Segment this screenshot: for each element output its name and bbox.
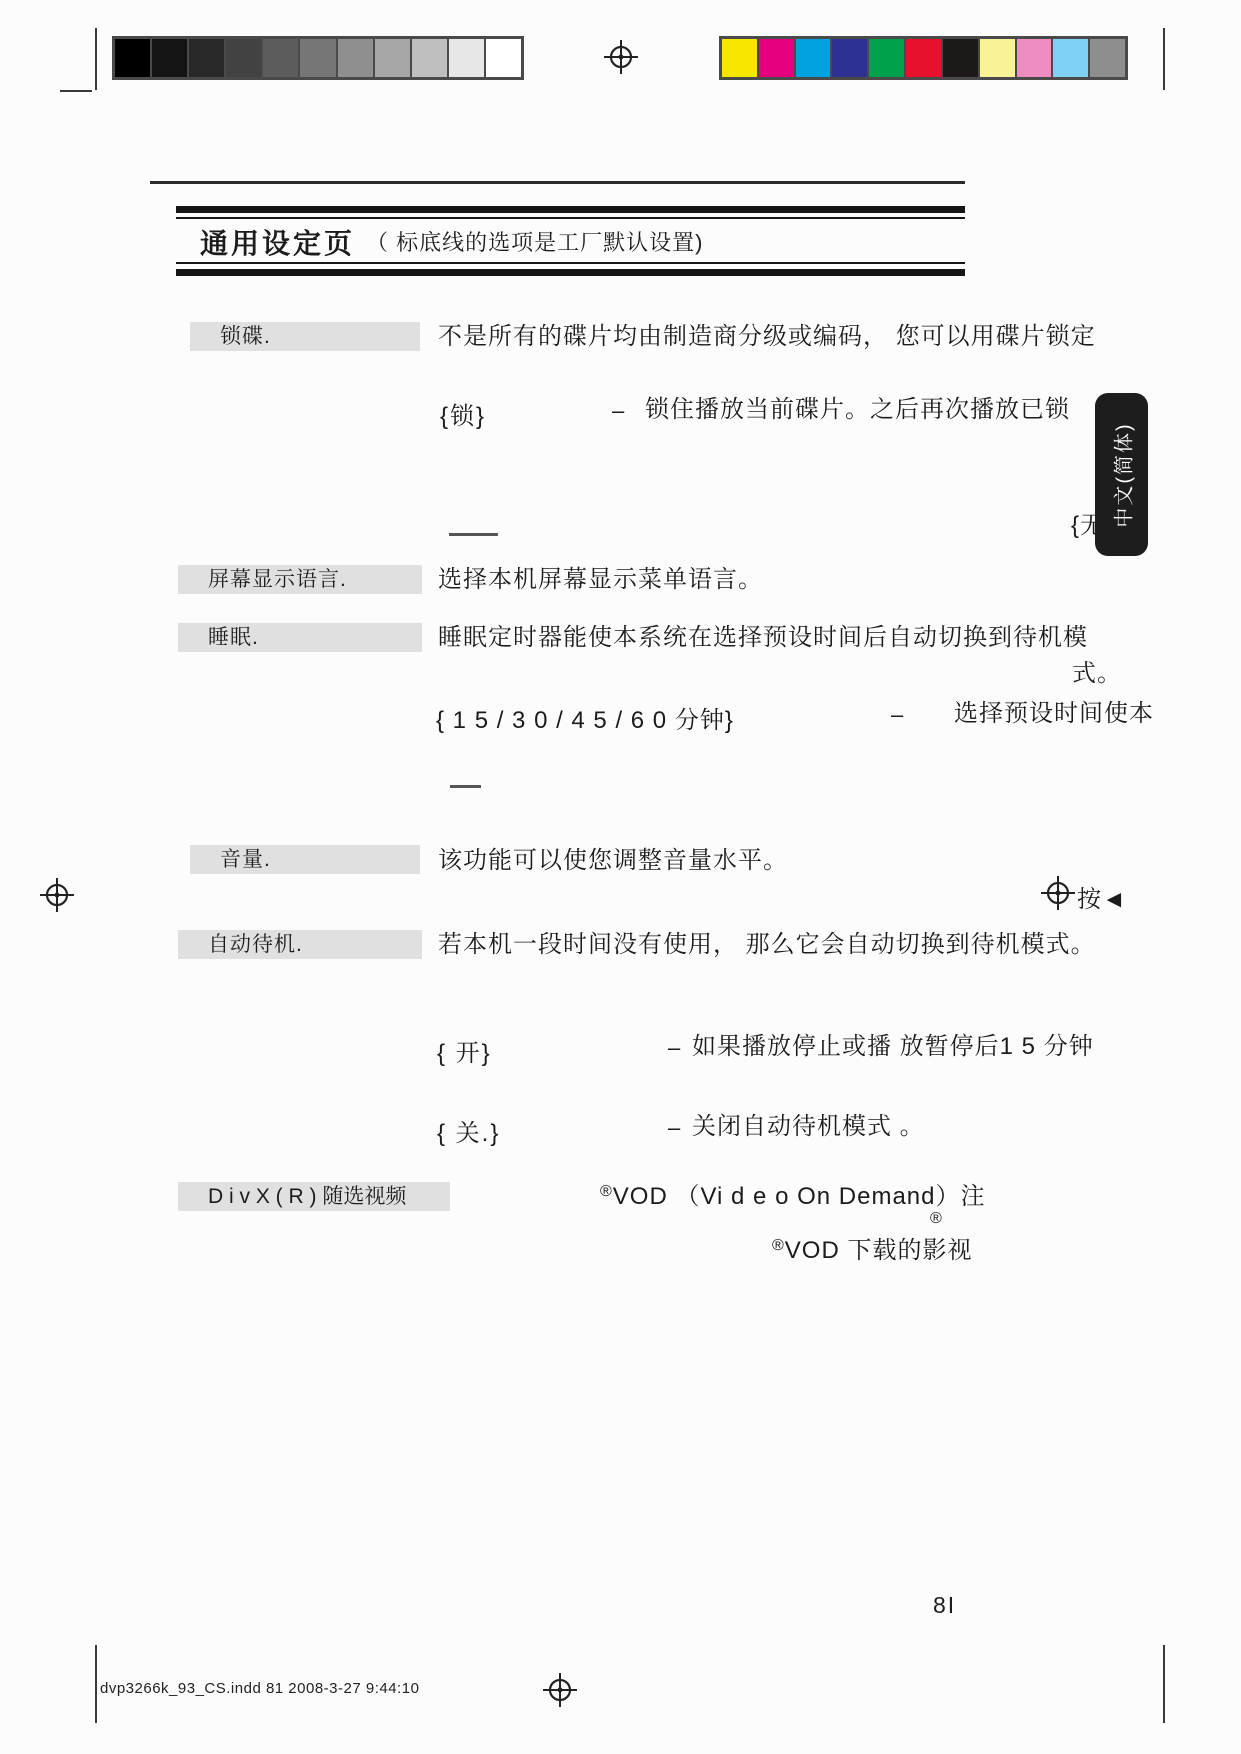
- sleep-description-wrap: 式。: [1072, 660, 1122, 688]
- footer-slug-line: dvp3266k_93_CS.indd 81 2008-3-27 9:44:10: [100, 1680, 419, 1697]
- osd-language-description: 选择本机屏幕显示菜单语言。: [438, 566, 763, 594]
- header-thin-rule-lower: [176, 262, 965, 264]
- option-sleep-times-dash: –: [891, 702, 903, 728]
- option-off-value: { 关.}: [437, 1113, 500, 1148]
- calibration-swatch: [1090, 39, 1125, 77]
- calibration-swatch: [796, 39, 833, 77]
- registered-trademark-symbol-2: ®: [930, 1210, 942, 1228]
- calibration-swatch: [449, 39, 486, 77]
- crop-tick-top-left-horizontal: [60, 90, 92, 92]
- option-sleep-times-description: 选择预设时间使本: [954, 700, 1154, 728]
- volume-description: 该功能可以使您调整音量水平。: [438, 847, 788, 875]
- registration-mark-left: [40, 878, 74, 912]
- option-lock-value: {锁}: [440, 396, 486, 431]
- header-top-rule: [150, 181, 965, 184]
- default-option-underline-fragment: [449, 533, 498, 536]
- sleep-description: 睡眠定时器能使本系统在选择预设时间后自动切换到待机模: [438, 624, 1088, 652]
- calibration-swatch: [869, 39, 906, 77]
- calibration-swatch: [152, 39, 189, 77]
- calibration-swatch: [263, 39, 300, 77]
- registered-trademark-symbol-3: ®: [772, 1237, 785, 1254]
- header-thin-rule-upper: [176, 217, 965, 219]
- lock-disc-description: 不是所有的碟片均由制造商分级或编码， 您可以用碟片锁定: [438, 323, 1096, 351]
- divx-vod-line2-text: VOD 下载的影视: [785, 1237, 973, 1264]
- option-off-description: 关闭自动待机模式 。: [692, 1113, 925, 1141]
- page-number: 8I: [933, 1592, 956, 1619]
- registration-mark-top: [604, 40, 638, 74]
- calibration-swatch: [980, 39, 1017, 77]
- divx-vod-line1-text: VOD （Vi d e o On Demand）注: [613, 1183, 986, 1210]
- divx-vod-line2: ®VOD 下载的影视: [772, 1232, 972, 1265]
- page-subtitle: （ 标底线的选项是工厂默认设置): [366, 226, 703, 257]
- option-on-dash: –: [668, 1035, 680, 1061]
- registration-mark-right: [1041, 876, 1075, 910]
- calibration-swatch: [486, 39, 521, 77]
- calibration-swatch: [412, 39, 449, 77]
- option-on-value: { 开}: [437, 1033, 492, 1068]
- calibration-swatch: [226, 39, 263, 77]
- calibration-swatch: [1017, 39, 1054, 77]
- calibration-swatch: [338, 39, 375, 77]
- calibration-swatch: [1053, 39, 1090, 77]
- volume-key-hint: 按◄: [1077, 886, 1127, 914]
- setting-label-lock-disc: 锁碟.: [190, 322, 420, 351]
- calibration-swatch: [189, 39, 226, 77]
- crop-tick-bottom-left: [95, 1645, 97, 1723]
- crop-tick-bottom-right: [1163, 1645, 1165, 1723]
- setting-label-auto-standby: 自动待机.: [178, 930, 422, 959]
- grayscale-calibration-bar: [112, 36, 524, 80]
- calibration-swatch: [759, 39, 796, 77]
- calibration-swatch: [375, 39, 412, 77]
- crop-tick-top-right: [1163, 28, 1165, 90]
- default-option-underline-fragment-2: [450, 785, 481, 788]
- color-calibration-bar: [719, 36, 1128, 80]
- language-edge-tab-label: 中文(简体): [1107, 422, 1136, 527]
- calibration-swatch: [722, 39, 759, 77]
- crop-tick-top-left: [95, 28, 97, 90]
- setting-label-osd-language: 屏幕显示语言.: [178, 565, 422, 594]
- calibration-swatch: [832, 39, 869, 77]
- divx-vod-line1: ®VOD （Vi d e o On Demand）注: [600, 1178, 986, 1211]
- header-thick-rule-upper: [176, 206, 965, 213]
- calibration-swatch: [906, 39, 943, 77]
- option-lock-dash: –: [612, 398, 624, 424]
- calibration-swatch: [115, 39, 152, 77]
- option-on-description: 如果播放停止或播 放暂停后1 5 分钟: [692, 1033, 1094, 1061]
- registration-mark-bottom: [543, 1673, 577, 1707]
- option-off-dash: –: [668, 1115, 680, 1141]
- registered-trademark-symbol: ®: [600, 1183, 613, 1200]
- option-sleep-times-value: { 1 5 / 3 0 / 4 5 / 6 0 分钟}: [436, 700, 734, 735]
- setting-label-divx-vod: D i v X ( R ) 随选视频: [178, 1182, 450, 1211]
- page-title: 通用设定页: [200, 222, 355, 262]
- setting-label-sleep: 睡眠.: [178, 623, 422, 652]
- auto-standby-description: 若本机一段时间没有使用， 那么它会自动切换到待机模式。: [438, 931, 1096, 959]
- calibration-swatch: [300, 39, 337, 77]
- option-lock-description: 锁住播放当前碟片。之后再次播放已锁: [645, 396, 1070, 424]
- header-thick-rule-lower: [176, 269, 965, 276]
- setting-label-volume: 音量.: [190, 845, 420, 874]
- language-edge-tab: 中文(简体): [1095, 393, 1148, 556]
- calibration-swatch: [943, 39, 980, 77]
